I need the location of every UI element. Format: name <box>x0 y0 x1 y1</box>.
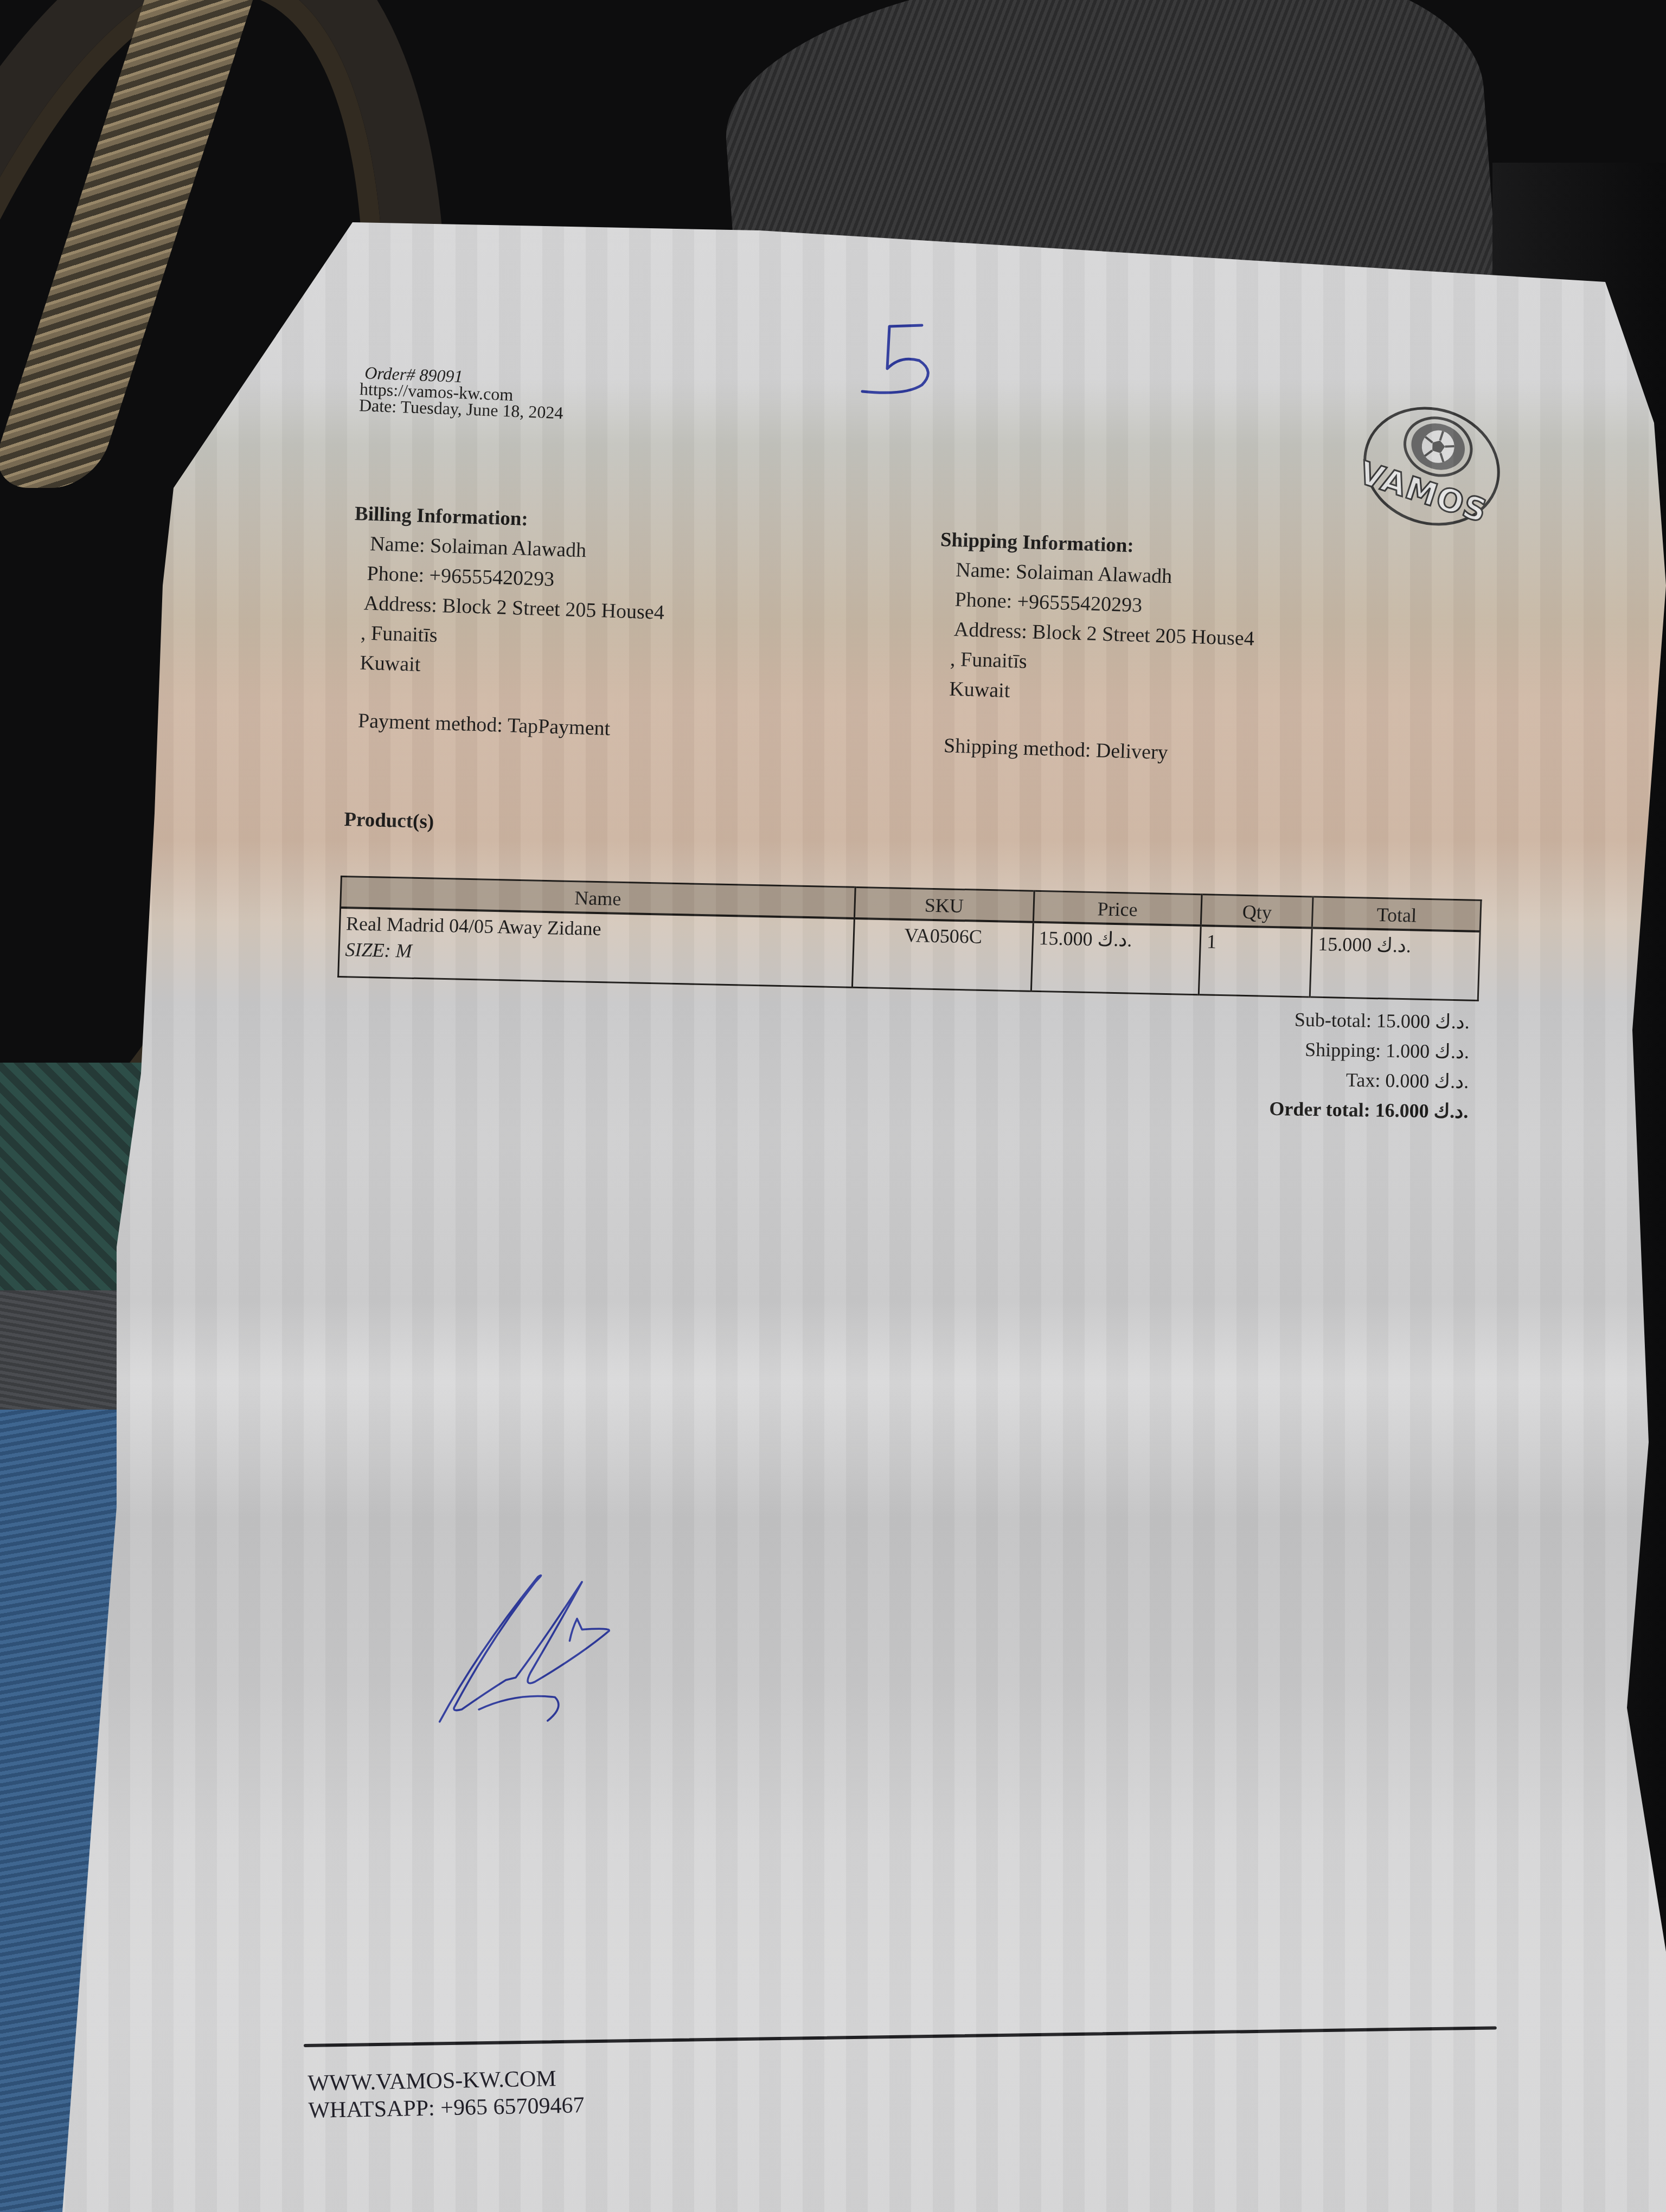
shipping-name: Name: Solaiman Alawadh <box>939 555 1257 594</box>
billing-address: Address: Block 2 Street 205 House4 <box>351 588 665 628</box>
footer-divider <box>304 2026 1497 2047</box>
svg-text:VAMOS: VAMOS <box>1355 454 1492 530</box>
shipping-information: Shipping Information: Name: Solaiman Ala… <box>933 525 1257 770</box>
product-total: 15.000 د.ك. <box>1310 928 1480 1001</box>
handwritten-number-five <box>835 304 944 396</box>
product-name-cell: Real Madrid 04/05 Away Zidane SIZE: M <box>338 908 855 987</box>
order-totals: Sub-total: 15.000 د.ك. Shipping: 1.000 د… <box>1213 1004 1470 1127</box>
billing-name: Name: Solaiman Alawadh <box>354 529 667 568</box>
order-date: Date: Tuesday, June 18, 2024 <box>359 397 563 421</box>
footer-website: WWW.VAMOS-KW.COM <box>307 2065 584 2097</box>
column-header-price: Price <box>1033 891 1202 925</box>
footer-whatsapp: WHATSAPP: +965 65709467 <box>308 2092 585 2124</box>
subtotal: Sub-total: 15.000 د.ك. <box>1214 1004 1470 1037</box>
products-table: Name SKU Price Qty Total Real Madrid 04/… <box>337 876 1482 1001</box>
product-sku: VA0506C <box>852 918 1033 991</box>
order-number: Order# 89091 <box>360 364 565 388</box>
billing-heading: Billing Information: <box>354 499 668 538</box>
soccer-ball-icon <box>1418 426 1459 467</box>
product-name: Real Madrid 04/05 Away Zidane <box>346 912 602 940</box>
product-qty: 1 <box>1199 925 1312 997</box>
table-row: Real Madrid 04/05 Away Zidane SIZE: M VA… <box>338 908 1481 1000</box>
table-header-row: Name SKU Price Qty Total <box>341 877 1481 931</box>
billing-phone: Phone: +96555420293 <box>353 558 666 598</box>
column-header-qty: Qty <box>1201 895 1313 928</box>
shipping-heading: Shipping Information: <box>940 525 1258 564</box>
shipping-method: Shipping method: Delivery <box>933 731 1251 770</box>
store-footer: WWW.VAMOS-KW.COM WHATSAPP: +965 65709467 <box>307 2065 585 2124</box>
shipping-area: , Funaitīs <box>936 644 1254 684</box>
product-price: 15.000 د.ك. <box>1031 922 1201 995</box>
billing-area: , Funaitīs <box>350 618 664 658</box>
billing-country: Kuwait <box>350 648 663 687</box>
payment-method: Payment method: TapPayment <box>348 706 661 745</box>
vamos-logo: VAMOS <box>1340 381 1524 552</box>
shipping-cost: Shipping: 1.000 د.ك. <box>1214 1033 1470 1067</box>
handwritten-signature <box>418 1545 624 1751</box>
products-heading: Product(s) <box>344 808 434 833</box>
shipping-phone: Phone: +96555420293 <box>938 584 1256 624</box>
column-header-sku: SKU <box>854 887 1034 922</box>
shipping-address: Address: Block 2 Street 205 House4 <box>937 614 1255 654</box>
store-url: https://vamos-kw.com <box>360 381 564 404</box>
order-total: Order total: 16.000 د.ك. <box>1213 1093 1469 1127</box>
column-header-total: Total <box>1312 897 1481 931</box>
tax: Tax: 0.000 د.ك. <box>1214 1063 1469 1097</box>
product-option: SIZE: M <box>345 938 847 971</box>
order-header: Order# 89091 https://vamos-kw.com Date: … <box>359 364 565 421</box>
shipping-country: Kuwait <box>935 674 1253 713</box>
billing-information: Billing Information: Name: Solaiman Alaw… <box>348 499 668 745</box>
column-header-name: Name <box>341 877 855 918</box>
